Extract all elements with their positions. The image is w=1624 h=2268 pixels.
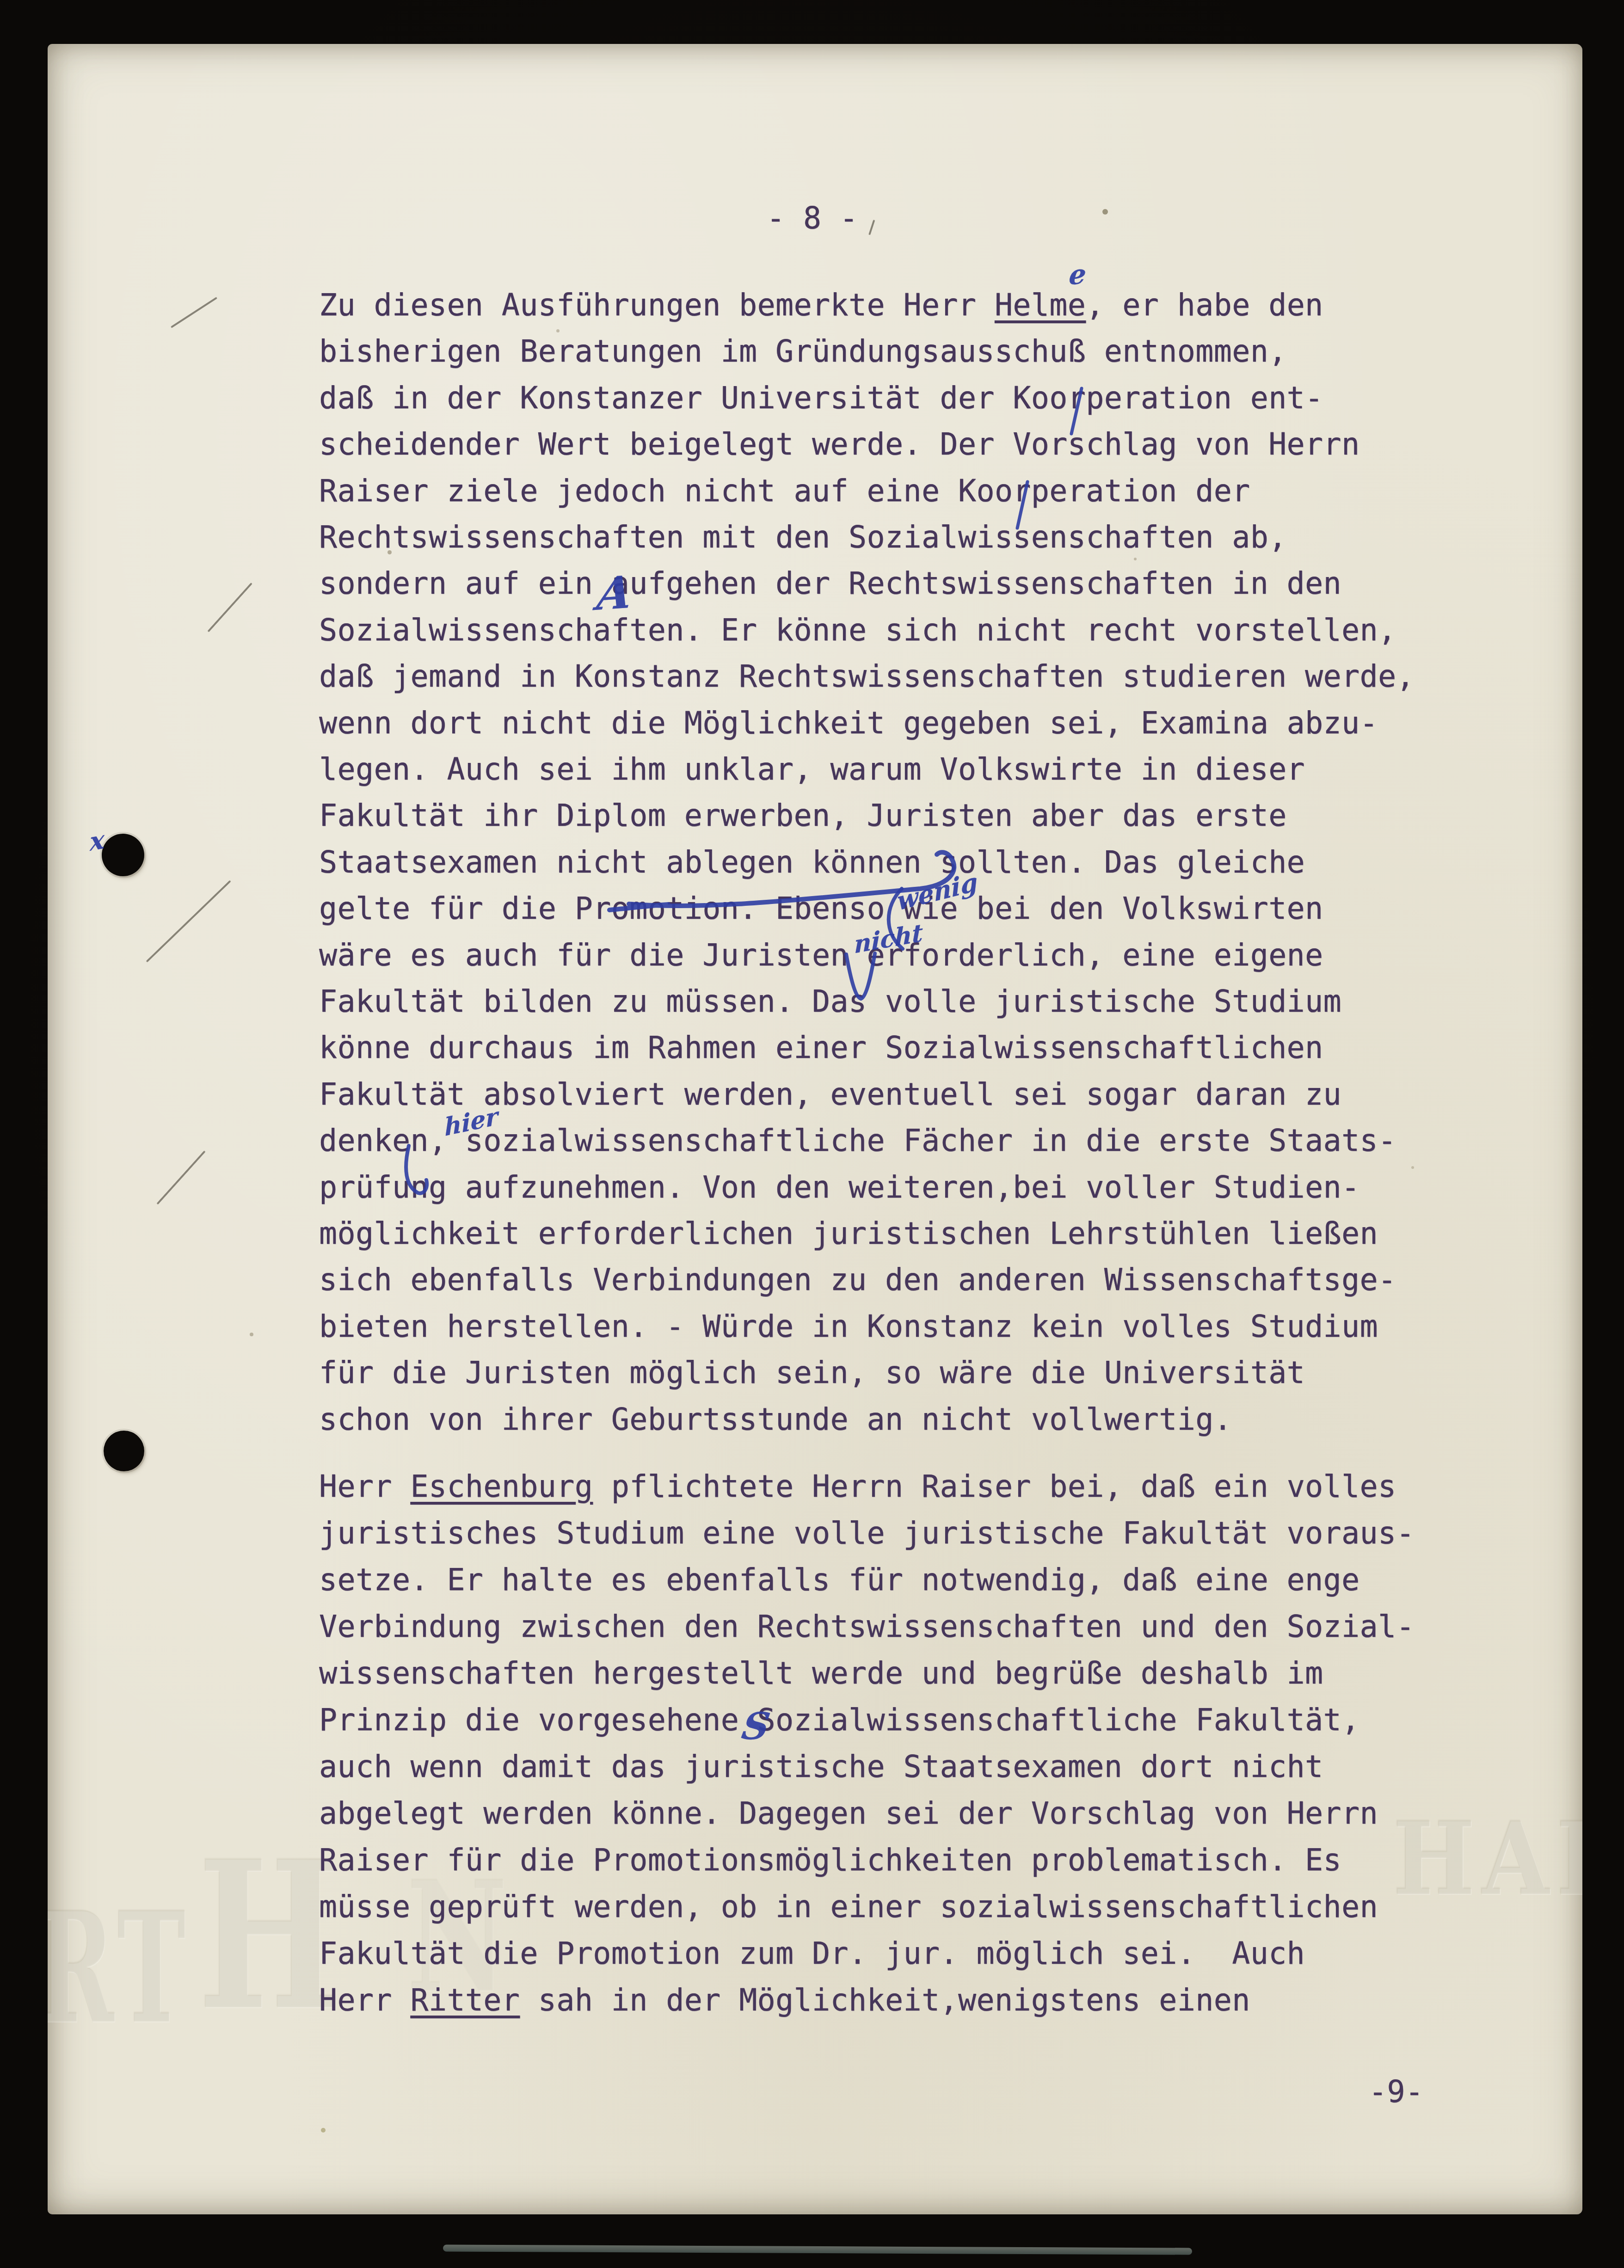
underlined-name: Ritter [410, 1983, 520, 2018]
margin-x: x [90, 824, 105, 857]
typed-line: juristisches Studium eine volle juristis… [319, 1518, 1415, 1549]
typed-line: Zu diesen Ausführungen bemerkte Herr Hel… [319, 290, 1323, 320]
typed-line: Fakultät die Promotion zum Dr. jur. mögl… [319, 1939, 1305, 1969]
typed-line: daß in der Konstanzer Universität der Ko… [319, 383, 1323, 413]
typed-line: sich ebenfalls Verbindungen zu den ander… [319, 1265, 1396, 1295]
typed-line: Staatsexamen nicht ablegen können sollte… [319, 848, 1305, 878]
typed-line: auch wenn damit das juristische Staatsex… [319, 1752, 1323, 1782]
typed-line: für die Juristen möglich sein, so wäre d… [319, 1358, 1305, 1388]
dust-speck [1102, 209, 1108, 215]
page-number: - 8 - [767, 203, 858, 234]
typed-line: sondern auf ein aufgehen der Rechtswisse… [319, 569, 1341, 599]
underlined-name: Helme [995, 288, 1086, 323]
typed-line: Raiser für die Promotionsmöglichkeiten p… [319, 1845, 1341, 1875]
typed-line: Verbindung zwischen den Rechtswissenscha… [319, 1612, 1415, 1642]
typed-line: möglichkeit erforderlichen juristischen … [319, 1219, 1378, 1249]
typed-line: wenn dort nicht die Möglichkeit gegeben … [319, 708, 1378, 738]
typed-line: scheidender Wert beigelegt werde. Der Vo… [319, 430, 1360, 460]
ghost-letter-har: HAR [1393, 1800, 1582, 1918]
capital-a-aufgehen: A [595, 565, 634, 621]
punch-hole-2 [104, 1431, 144, 1471]
ghost-letter-rt: RT [48, 1878, 191, 2058]
typed-line: Sozialwissenschaften. Er könne sich nich… [319, 615, 1396, 645]
typed-line: Raiser ziele jedoch nicht auf eine Koorp… [319, 476, 1250, 506]
dust-speck [1411, 1166, 1414, 1169]
typed-line: Fakultät absolviert werden, eventuell se… [319, 1080, 1341, 1110]
margin-slash-3 [146, 880, 231, 963]
typed-line: wissenschaften hergestellt werde und beg… [319, 1659, 1323, 1689]
typed-line: gelte für die Promotion. Ebenso wie bei … [319, 894, 1323, 924]
margin-slash-4 [157, 1150, 206, 1205]
typed-line: bieten herstellen. - Würde in Konstanz k… [319, 1312, 1378, 1342]
punch-hole-1 [102, 834, 144, 876]
typed-line: Fakultät ihr Diplom erwerben, Juristen a… [319, 801, 1287, 831]
typed-line: müsse geprüft werden, ob in einer sozial… [319, 1892, 1378, 1922]
typed-line: wäre es auch für die Juristen erforderli… [319, 940, 1323, 971]
dust-speck [1134, 558, 1137, 560]
typed-line: legen. Auch sei ihm unklar, warum Volksw… [319, 755, 1305, 785]
typed-line: Fakultät bilden zu müssen. Das volle jur… [319, 987, 1341, 1017]
typed-line: bisherigen Beratungen im Gründungsaussch… [319, 337, 1287, 367]
typed-line: Herr Eschenburg pflichtete Herrn Raiser … [319, 1472, 1396, 1502]
tick-after-page-number [868, 220, 875, 235]
dust-speck [556, 329, 560, 332]
scanned-typewritten-page: { "document": { "kind": "typewritten arc… [0, 0, 1624, 2268]
typed-line: daß jemand in Konstanz Rechtswissenschaf… [319, 662, 1415, 692]
typed-line: schon von ihrer Geburtsstunde an nicht v… [319, 1405, 1232, 1435]
typed-line: könne durchaus im Rahmen einer Sozialwis… [319, 1033, 1323, 1063]
document-page: RTHNHAR - 8 - Zu diesen Ausführungen bem… [48, 44, 1582, 2214]
dust-speck [250, 1333, 253, 1336]
typed-line: abgelegt werden könne. Dagegen sei der V… [319, 1799, 1378, 1829]
insert-e-helme: e [1068, 258, 1088, 291]
typed-line: prüfung aufzunehmen. Von den weiteren,be… [319, 1173, 1360, 1203]
dust-speck [321, 2128, 326, 2133]
underlined-name: Eschenburg [410, 1469, 593, 1504]
typed-line: setze. Er halte es ebenfalls für notwend… [319, 1565, 1360, 1595]
typed-line: Herr Ritter sah in der Möglichkeit,wenig… [319, 1985, 1250, 2016]
margin-slash-2 [208, 583, 252, 632]
typed-line: Rechtswissenschaften mit den Sozialwisse… [319, 522, 1287, 553]
typed-line: Prinzip die vorgesehene Sozialwissenscha… [319, 1705, 1360, 1735]
dust-speck [388, 550, 392, 554]
margin-slash-1 [171, 297, 217, 328]
next-page-catchword: -9- [1369, 2077, 1423, 2107]
